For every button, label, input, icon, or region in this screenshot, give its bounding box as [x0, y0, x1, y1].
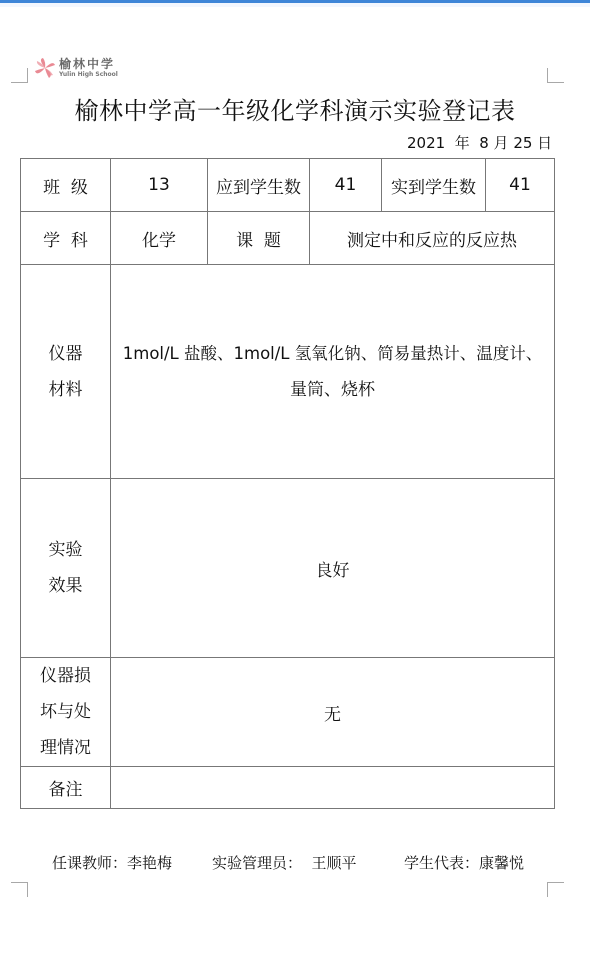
table-row-class: 班 级 13 应到学生数 41 实到学生数 41 [21, 159, 555, 212]
topic-value: 测定中和反应的反应热 [310, 212, 555, 265]
equipment-value: 1mol/L 盐酸、1mol/L 氢氧化钠、简易量热计、温度计、 量筒、烧杯 [111, 265, 555, 479]
effect-label-line1: 实验 [21, 532, 110, 568]
subject-value: 化学 [111, 212, 208, 265]
signature-line: 任课教师：李艳梅 实验管理员： 王顺平 学生代表：康馨悦 [52, 852, 524, 873]
damage-label-line1: 仪器损 [21, 658, 110, 694]
page-corner-mark-top-left [11, 68, 28, 83]
experiment-register-table: 班 级 13 应到学生数 41 实到学生数 41 学 科 化学 课 题 测定中和… [20, 158, 555, 809]
actual-students-value: 41 [486, 159, 555, 212]
topic-label: 课 题 [208, 212, 310, 265]
equipment-value-line1: 1mol/L 盐酸、1mol/L 氢氧化钠、简易量热计、温度计、 [111, 335, 554, 372]
effect-value: 良好 [111, 479, 555, 658]
equipment-value-line2: 量筒、烧杯 [111, 372, 554, 409]
table-row-subject: 学 科 化学 课 题 测定中和反应的反应热 [21, 212, 555, 265]
damage-label-line3: 理情况 [21, 730, 110, 766]
page-corner-mark-top-right [547, 68, 564, 83]
equipment-label: 仪器 材料 [21, 265, 111, 479]
equipment-label-line1: 仪器 [21, 336, 110, 372]
damage-label: 仪器损 坏与处 理情况 [21, 658, 111, 767]
class-label: 班 级 [21, 159, 111, 212]
teacher-signature: 任课教师：李艳梅 [52, 852, 212, 873]
remarks-value [111, 767, 555, 809]
subject-label: 学 科 [21, 212, 111, 265]
top-bar-fade [0, 3, 590, 7]
table-row-equipment: 仪器 材料 1mol/L 盐酸、1mol/L 氢氧化钠、简易量热计、温度计、 量… [21, 265, 555, 479]
effect-label: 实验 效果 [21, 479, 111, 658]
damage-value: 无 [111, 658, 555, 767]
class-value: 13 [111, 159, 208, 212]
school-logo: 榆林中学 Yulin High School [34, 57, 118, 79]
actual-students-label: 实到学生数 [382, 159, 486, 212]
logo-name-en: Yulin High School [59, 72, 118, 78]
page-corner-mark-bottom-right [547, 882, 564, 897]
effect-label-line2: 效果 [21, 568, 110, 604]
expected-students-label: 应到学生数 [208, 159, 310, 212]
table-row-damage: 仪器损 坏与处 理情况 无 [21, 658, 555, 767]
page-corner-mark-bottom-left [11, 882, 28, 897]
table-row-remarks: 备注 [21, 767, 555, 809]
manager-signature: 实验管理员： 王顺平 [212, 852, 404, 873]
damage-label-line2: 坏与处 [21, 694, 110, 730]
remarks-label: 备注 [21, 767, 111, 809]
logo-name-cn: 榆林中学 [59, 58, 118, 70]
student-representative-signature: 学生代表：康馨悦 [404, 852, 524, 873]
table-row-effect: 实验 效果 良好 [21, 479, 555, 658]
document-title: 榆林中学高一年级化学科演示实验登记表 [0, 91, 590, 126]
record-date: 2021 年 8 月 25 日 [407, 132, 552, 153]
expected-students-value: 41 [310, 159, 382, 212]
pinwheel-logo-icon [34, 57, 56, 79]
equipment-label-line2: 材料 [21, 372, 110, 408]
